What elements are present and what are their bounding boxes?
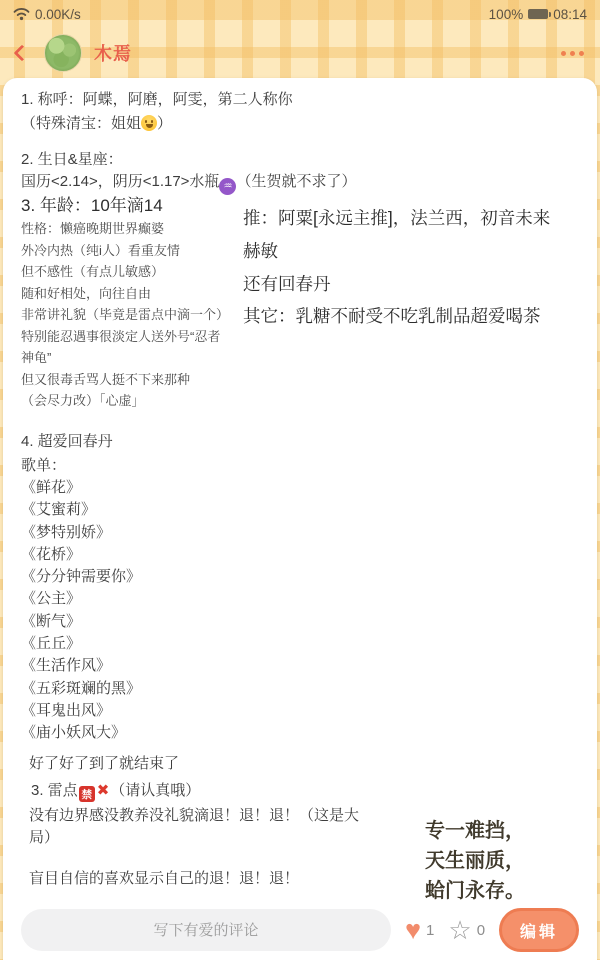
song-item: 《鲜花》 <box>21 477 141 499</box>
aquarius-emoji-icon: ♒ <box>219 178 236 195</box>
forbidden-emoji-icon: 禁 <box>79 786 95 802</box>
special-line: （特殊清宝：姐姐） <box>21 112 172 133</box>
personality-line: 非常讲礼貌（毕竟是雷点中滴一个） <box>21 304 229 326</box>
like-count: 1 <box>426 922 434 939</box>
ending-line: 好了好了到了就结束了 <box>29 752 179 773</box>
other-info: 其它：乳糖不耐受不吃乳制品超爱喝茶 <box>243 300 597 333</box>
song-item: 《丘丘》 <box>21 633 141 655</box>
wifi-icon <box>13 7 30 21</box>
song-item: 《断气》 <box>21 611 141 633</box>
star-icon[interactable]: ☆ <box>448 917 471 943</box>
nickname-line: 1. 称呼：阿蝶，阿磨，阿雯，第二人称你 <box>21 88 293 109</box>
personality-line: 特别能忍遇事很淡定人送外号“忍者 <box>21 326 229 348</box>
avatar[interactable] <box>44 34 82 72</box>
love-line: 4. 超爱回春丹 <box>21 430 113 451</box>
song-item: 《耳鬼出风》 <box>21 700 141 722</box>
push-column: 推：阿粟[永远主推]，法兰西，初音未来 赫敏 还有回春丹 <box>243 202 597 301</box>
back-icon[interactable] <box>14 45 31 62</box>
song-item: 《生活作风》 <box>21 655 141 677</box>
other-line: 其它：乳糖不耐受不吃乳制品超爱喝茶 <box>243 300 597 333</box>
personality-line: 但不感性（有点儿敏感） <box>21 261 229 283</box>
push-line: 推：阿粟[永远主推]，法兰西，初音未来 <box>243 202 597 235</box>
edit-button[interactable]: 编辑 <box>499 908 579 952</box>
status-time: 08:14 <box>553 7 587 22</box>
push-line: 还有回春丹 <box>243 268 597 301</box>
taboo-line2: 没有边界感没教养没礼貌滴退！退！退！（这是大 <box>29 804 359 825</box>
taboo-line3: 局） <box>29 826 59 847</box>
status-bar: 0.00K/s 100% 08:14 <box>0 0 600 28</box>
song-item: 《梦特别娇》 <box>21 522 141 544</box>
star-count: 0 <box>477 922 485 939</box>
battery-percent: 100% <box>489 7 524 22</box>
personality-column: 性格：懒癌晚期世界癫婆 外冷内热（纯i人）看重友情 但不感性（有点儿敏感） 随和… <box>21 218 229 412</box>
personality-line: 神龟” <box>21 347 229 369</box>
bottom-bar: ♥ 1 ☆ 0 编辑 <box>21 907 587 953</box>
username: 木焉 <box>94 40 132 66</box>
battery-icon <box>528 9 548 19</box>
profile-card: 1. 称呼：阿蝶，阿磨，阿雯，第二人称你 （特殊清宝：姐姐） 2. 生日&星座：… <box>3 78 597 960</box>
header: 木焉 <box>0 28 600 78</box>
personality-line: （会尽力改）「心虚」 <box>21 390 229 412</box>
slogan-line: 蛤门永存。 <box>425 876 525 906</box>
song-list: 《鲜花》 《艾蜜莉》 《梦特别娇》 《花桥》 《分分钟需要你》 《公主》 《断气… <box>21 477 141 745</box>
taboo-line4: 盲目自信的喜欢显示自己的退！退！退！ <box>29 867 299 888</box>
smile-emoji-icon <box>141 115 157 131</box>
song-item: 《花桥》 <box>21 544 141 566</box>
cross-emoji-icon: ✖ <box>97 782 110 799</box>
slogan-line: 天生丽质， <box>425 846 525 876</box>
personality-line: 但又很毒舌骂人挺不下来那种 <box>21 369 229 391</box>
songlist-title: 歌单： <box>21 454 66 475</box>
song-item: 《公主》 <box>21 588 141 610</box>
network-speed: 0.00K/s <box>35 7 81 22</box>
personality-line: 随和好相处，向往自由 <box>21 283 229 305</box>
song-item: 《庙小妖风大》 <box>21 722 141 744</box>
song-item: 《五彩斑斓的黑》 <box>21 678 141 700</box>
slogan-line: 专一难挡， <box>425 816 525 846</box>
personality-line: 性格：懒癌晚期世界癫婆 <box>21 218 229 240</box>
more-options-icon[interactable] <box>561 51 584 56</box>
song-item: 《艾蜜莉》 <box>21 499 141 521</box>
taboo-line: 3. 雷点禁✖（请认真哦） <box>31 779 200 802</box>
comment-input[interactable] <box>21 909 391 951</box>
slogan-block: 专一难挡， 天生丽质， 蛤门永存。 <box>425 816 525 906</box>
birthday-title: 2. 生日&星座： <box>21 148 123 169</box>
age-line: 3. 年龄：10年滴14 <box>21 191 163 216</box>
song-item: 《分分钟需要你》 <box>21 566 141 588</box>
heart-icon[interactable]: ♥ <box>405 917 421 944</box>
push-line: 赫敏 <box>243 235 597 268</box>
personality-line: 外冷内热（纯i人）看重友情 <box>21 240 229 262</box>
